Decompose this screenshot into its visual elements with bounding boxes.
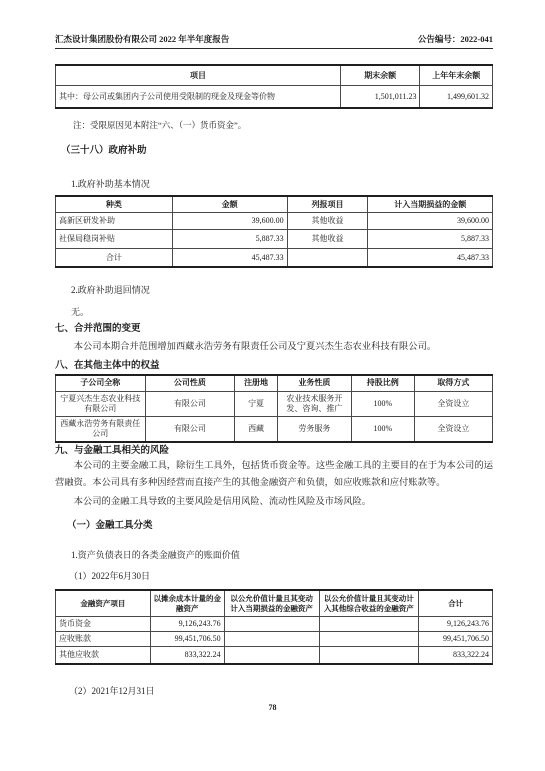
column-header: 持股比例 [351,375,414,392]
section-9-heading: 九、与金融工具相关的风险 [55,445,493,458]
table-row: 货币资金 9,126,243.76 9,126,243.76 [56,617,493,632]
table-header-row: 种类 金额 列报项目 计入当期损益的金额 [56,196,493,213]
cell-asset-item: 货币资金 [56,617,151,632]
table-row: 西藏永浩劳务有限责任公司 有限公司 西藏 劳务服务 100% 全资设立 [56,416,493,442]
column-header: 以公允价值计量且其变动计入其他综合收益的金融资产 [319,590,419,617]
report-page: 汇杰设计集团股份有限公司 2022 年半年度报告 公告编号：2022-041 项… [0,0,545,771]
date-heading-2022: （1）2022年6月30日 [69,570,493,582]
column-header: 以摊余成本计量的金融资产 [150,590,224,617]
cell-fvoci [319,617,419,632]
cell-total: 9,126,243.76 [419,617,493,632]
column-header: 金额 [172,196,287,213]
column-header: 合计 [419,590,493,617]
table-header-row: 子公司全称 公司性质 注册地 业务性质 持股比例 取得方式 [56,375,493,392]
cell-kind: 高新区研发补助 [56,213,173,230]
cell-business-nature: 农业技术服务开发、咨询、推广 [277,391,351,416]
table-total-row: 合计 45,487.33 45,487.33 [56,249,493,268]
cell-fvtpl [224,632,319,647]
column-header: 子公司全称 [56,375,146,392]
cell-fvoci [319,647,419,665]
table-row: 宁夏兴杰生态农业科技有限公司 有限公司 宁夏 农业技术服务开发、咨询、推广 10… [56,391,493,416]
carrying-value-heading: 1.资产负债表日的各类金融资产的账面价值 [71,549,493,561]
subsidy-sub2-heading: 2.政府补助退回情况 [71,284,493,296]
cell-item: 其中：母公司或集团内子公司使用受限制的现金及现金等价物 [56,86,341,109]
announcement-number: 公告编号：2022-041 [418,33,493,45]
subsidy-sub1-heading: 1.政府补助基本情况 [71,178,493,190]
cell-amount: 45,487.33 [172,249,287,268]
cell-line-item [287,249,368,268]
table-row: 社保局稳岗补贴 5,887.33 其他收益 5,887.33 [56,230,493,249]
cell-line-item: 其他收益 [287,230,368,249]
column-header: 期末余额 [340,65,420,86]
cell-company-type: 有限公司 [145,391,235,416]
table-row: 其中：母公司或集团内子公司使用受限制的现金及现金等价物 1,501,011.23… [56,86,493,109]
column-header: 金融资产项目 [56,590,151,617]
scope-paragraph: 本公司本期合并范围增加西藏永浩劳务有限责任公司及宁夏兴杰生态农业科技有限公司。 [55,339,493,357]
cell-total-label: 合计 [56,249,173,268]
table-row: 应收账款 99,451,706.50 99,451,706.50 [56,632,493,647]
cell-registered-place: 西藏 [235,416,278,442]
cell-amortized-cost: 99,451,706.50 [150,632,224,647]
column-header: 项目 [56,65,341,86]
report-title: 汇杰设计集团股份有限公司 2022 年半年度报告 [55,33,229,45]
column-header: 取得方式 [414,375,492,392]
column-header: 业务性质 [277,375,351,392]
cell-pl-amount: 5,887.33 [368,230,493,249]
section-7-heading: 七、合并范围的变更 [55,323,493,336]
cell-subsidiary-name: 西藏永浩劳务有限责任公司 [56,416,146,442]
column-header: 公司性质 [145,375,235,392]
risk-paragraph-1: 本公司的主要金融工具，除衍生工具外，包括货币资金等。这些金融工具的主要目的在于为… [55,458,493,493]
cell-company-type: 有限公司 [145,416,235,442]
cell-ending-balance: 1,501,011.23 [340,86,420,109]
column-header: 计入当期损益的金额 [368,196,493,213]
cell-asset-item: 应收账款 [56,632,151,647]
cell-subsidiary-name: 宁夏兴杰生态农业科技有限公司 [56,391,146,416]
cell-fvoci [319,632,419,647]
page-number: 78 [0,703,545,712]
subsidiaries-table: 子公司全称 公司性质 注册地 业务性质 持股比例 取得方式 宁夏兴杰生态农业科技… [55,374,493,443]
column-header: 列报项目 [287,196,368,213]
cell-kind: 社保局稳岗补贴 [56,230,173,249]
cell-fvtpl [224,617,319,632]
column-header: 以公允价值计量且其变动计入当期损益的金融资产 [224,590,319,617]
cell-acquire-method: 全资设立 [414,416,492,442]
column-header: 注册地 [235,375,278,392]
date-heading-2021: （2）2021年12月31日 [69,685,493,697]
cell-business-nature: 劳务服务 [277,416,351,442]
column-header: 上年年末余额 [420,65,493,86]
cell-registered-place: 宁夏 [235,391,278,416]
cell-total: 833,322.24 [419,647,493,665]
cell-total: 99,451,706.50 [419,632,493,647]
restricted-cash-note: 注：受限原因见本附注“六、（一）货币资金”。 [73,120,493,131]
cell-pl-amount: 45,487.33 [368,249,493,268]
page-content: 汇杰设计集团股份有限公司 2022 年半年度报告 公告编号：2022-041 项… [0,0,545,697]
cell-amortized-cost: 9,126,243.76 [150,617,224,632]
cell-fvtpl [224,647,319,665]
subsidy-sub2-content: 无。 [71,306,493,318]
risk-paragraph-2: 本公司的金融工具导致的主要风险是信用风险、流动性风险及市场风险。 [55,494,493,512]
cell-line-item: 其他收益 [287,213,368,230]
restricted-cash-table: 项目 期末余额 上年年末余额 其中：母公司或集团内子公司使用受限制的现金及现金等… [55,64,493,109]
table-row: 其他应收款 833,322.24 833,322.24 [56,647,493,665]
column-header: 种类 [56,196,173,213]
running-header: 汇杰设计集团股份有限公司 2022 年半年度报告 公告编号：2022-041 [55,33,493,49]
cell-acquire-method: 全资设立 [414,391,492,416]
cell-pl-amount: 39,600.00 [368,213,493,230]
table-row: 高新区研发补助 39,600.00 其他收益 39,600.00 [56,213,493,230]
table-header-row: 项目 期末余额 上年年末余额 [56,65,493,86]
cell-holding-ratio: 100% [351,391,414,416]
government-subsidy-table: 种类 金额 列报项目 计入当期损益的金额 高新区研发补助 39,600.00 其… [55,195,493,268]
section-38-heading: （三十八）政府补助 [61,145,493,158]
cell-holding-ratio: 100% [351,416,414,442]
cell-prior-balance: 1,499,601.32 [420,86,493,109]
cell-amount: 39,600.00 [172,213,287,230]
cell-amount: 5,887.33 [172,230,287,249]
subsection-1-heading: （一）金融工具分类 [67,520,493,533]
cell-amortized-cost: 833,322.24 [150,647,224,665]
table-header-row: 金融资产项目 以摊余成本计量的金融资产 以公允价值计量且其变动计入当期损益的金融… [56,590,493,617]
cell-asset-item: 其他应收款 [56,647,151,665]
section-8-heading: 八、在其他主体中的权益 [55,360,493,373]
financial-assets-table: 金融资产项目 以摊余成本计量的金融资产 以公允价值计量且其变动计入当期损益的金融… [55,589,493,665]
